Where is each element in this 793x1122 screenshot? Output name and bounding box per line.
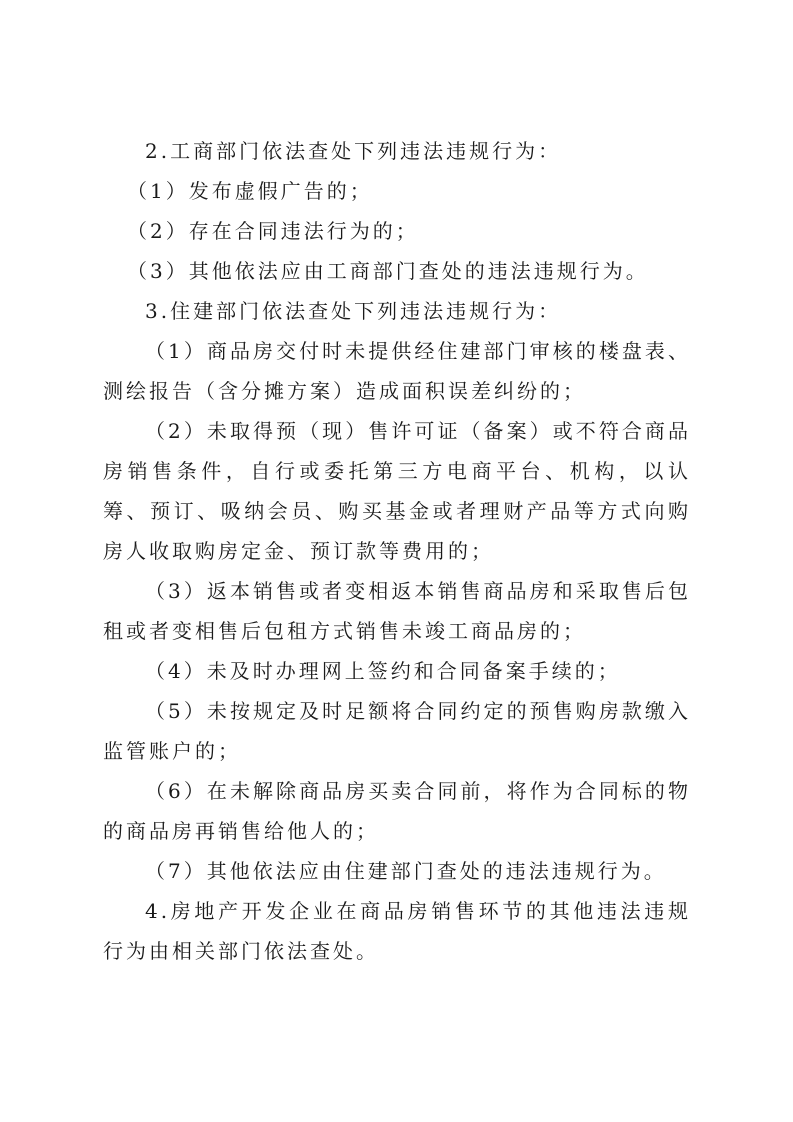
document-page: 2.工商部门依法查处下列违法违规行为： （1）发布虚假广告的； （2）存在合同违… <box>103 131 691 971</box>
section-3-item-2: （2）未取得预（现）售许可证（备案）或不符合商品房销售条件，自行或委托第三方电商… <box>103 411 691 571</box>
section-3-item-7: （7）其他依法应由住建部门查处的违法违规行为。 <box>103 851 691 891</box>
section-3-item-6: （6）在未解除商品房买卖合同前，将作为合同标的物的商品房再销售给他人的； <box>103 771 691 851</box>
section-2-heading: 2.工商部门依法查处下列违法违规行为： <box>103 131 691 171</box>
section-3-heading: 3.住建部门依法查处下列违法违规行为： <box>103 291 691 331</box>
section-2-item-3: （3）其他依法应由工商部门查处的违法违规行为。 <box>103 251 691 291</box>
section-3-item-1: （1）商品房交付时未提供经住建部门审核的楼盘表、测绘报告（含分摊方案）造成面积误… <box>103 331 691 411</box>
section-3-item-3: （3）返本销售或者变相返本销售商品房和采取售后包租或者变相售后包租方式销售未竣工… <box>103 571 691 651</box>
section-4-paragraph: 4.房地产开发企业在商品房销售环节的其他违法违规行为由相关部门依法查处。 <box>103 891 691 971</box>
section-3-item-4: （4）未及时办理网上签约和合同备案手续的； <box>103 651 691 691</box>
section-3-item-5: （5）未按规定及时足额将合同约定的预售购房款缴入监管账户的； <box>103 691 691 771</box>
section-2-item-1: （1）发布虚假广告的； <box>103 171 691 211</box>
section-2-item-2: （2）存在合同违法行为的； <box>103 211 691 251</box>
